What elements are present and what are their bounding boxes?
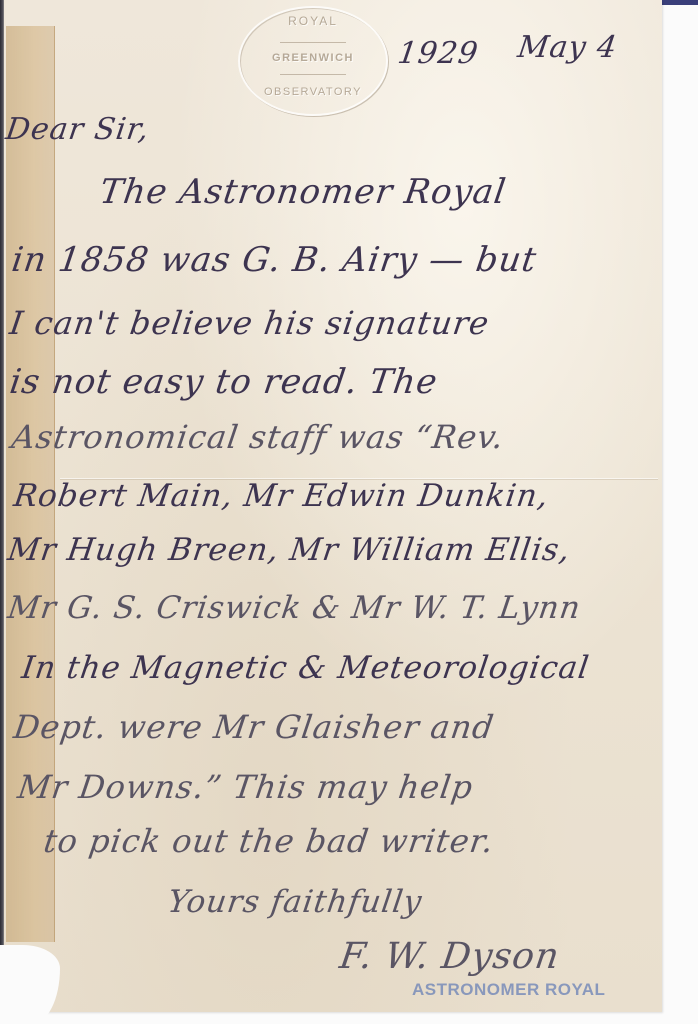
date-month-day: May 4 [516, 30, 620, 65]
embossed-seal: ROYAL GREENWICH OBSERVATORY [238, 6, 388, 116]
body-line: In the Magnetic & Meteorological [19, 650, 591, 686]
body-line: Dept. were Mr Glaisher and [11, 708, 496, 746]
body-line: Robert Main, Mr Edwin Dunkin, [11, 478, 551, 514]
salutation: Dear Sir, [4, 112, 152, 147]
body-line: Mr Downs.” This may help [15, 768, 475, 806]
seal-text-bottom: OBSERVATORY [240, 86, 386, 98]
body-line: I can't believe his signature [7, 304, 492, 342]
astronomer-royal-stamp: ASTRONOMER ROYAL [412, 980, 605, 1000]
body-line: The Astronomer Royal [97, 172, 509, 212]
body-line: is not easy to read. The [7, 362, 440, 402]
seal-text-middle: GREENWICH [240, 52, 386, 64]
seal-text-top: ROYAL [240, 14, 386, 28]
body-line: in 1858 was G. B. Airy — but [9, 240, 539, 280]
body-line: Mr G. S. Criswick & Mr W. T. Lynn [5, 590, 583, 626]
body-line: Mr Hugh Breen, Mr William Ellis, [5, 532, 572, 568]
torn-corner [0, 945, 60, 1024]
date-year: 1929 [396, 36, 481, 71]
closing: Yours faithfully [165, 884, 424, 920]
signature: F. W. Dyson [337, 936, 562, 977]
seal-rule [280, 42, 346, 43]
body-line: to pick out the bad writer. [41, 822, 496, 860]
seal-rule [280, 74, 346, 75]
body-line: Astronomical staff was “Rev. [9, 418, 506, 456]
